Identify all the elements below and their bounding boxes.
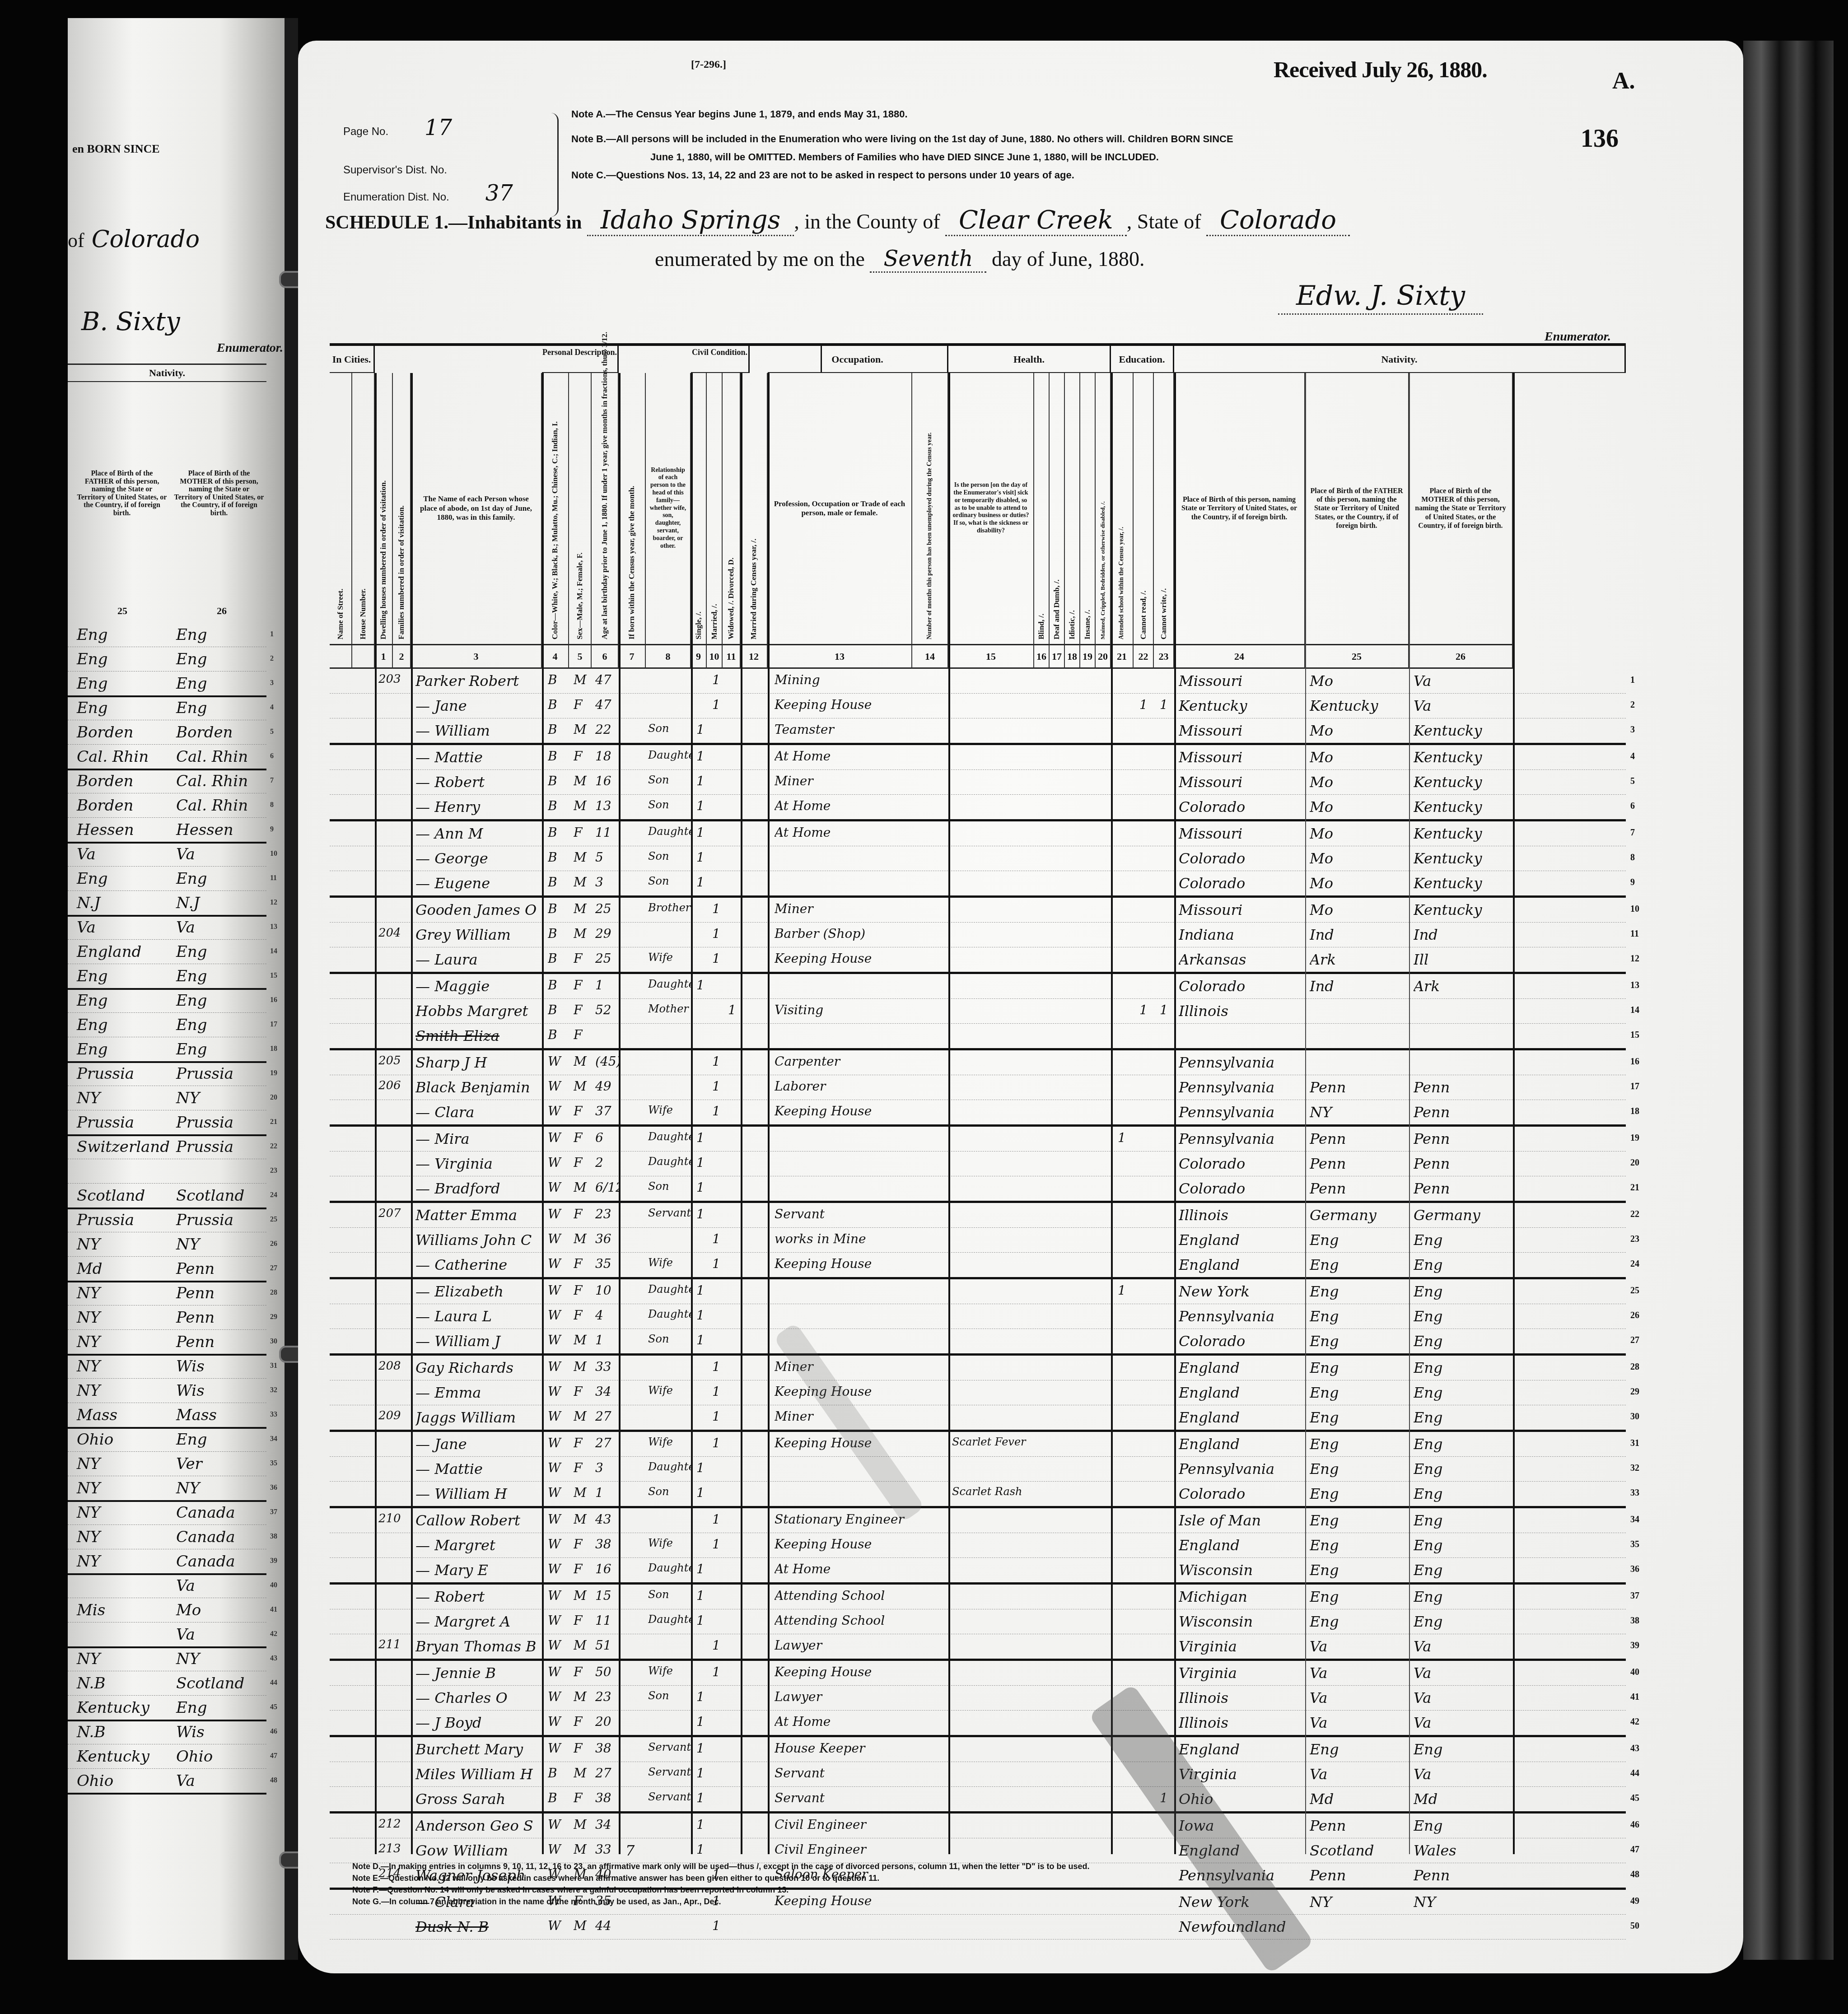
dwelling-number: 206 <box>378 1079 410 1092</box>
relationship: Son <box>648 1689 691 1702</box>
father-birthplace: Penn <box>1310 1079 1409 1096</box>
father-birthplace: NY <box>77 1382 100 1400</box>
mother-birthplace: Ill <box>1414 951 1513 968</box>
father-birthplace: England <box>77 943 141 961</box>
dwelling-number: 213 <box>378 1842 410 1855</box>
left-row: NYPenn30 <box>68 1330 266 1356</box>
father-birthplace: Ind <box>1310 978 1409 995</box>
header-relationship: Relationship of each person to the head … <box>646 373 691 644</box>
relationship: Son <box>648 1180 691 1193</box>
mother-birthplace: Cal. Rhin <box>176 772 248 790</box>
person-name: Smith Eliza <box>415 1027 542 1044</box>
left-row: MisMo41 <box>68 1599 266 1622</box>
sex-code: F <box>574 1283 592 1298</box>
color-code: W <box>548 1155 570 1170</box>
row-number: 32 <box>1630 1463 1639 1473</box>
father-birthplace: NY <box>1310 1104 1409 1121</box>
header-birthplace: Place of Birth of this person, naming St… <box>1174 373 1305 644</box>
row-number: 36 <box>1630 1564 1639 1575</box>
mother-birthplace: Kentucky <box>1414 825 1513 842</box>
age-value: 10 <box>595 1283 619 1298</box>
relationship: Daughter <box>648 1613 691 1626</box>
enumerated-line: enumerated by me on the Seventh day of J… <box>655 246 1144 273</box>
column-number: 7 <box>619 644 646 669</box>
left-row: NYCanada38 <box>68 1525 266 1549</box>
married-mark: 1 <box>712 1256 723 1271</box>
married-mark: 1 <box>712 926 723 941</box>
age-value: 1 <box>595 1485 619 1500</box>
table-row: 208Gay RichardsWM331MinerEnglandEngEng28 <box>330 1356 1626 1380</box>
person-name: Burchett Mary <box>415 1741 542 1758</box>
color-code: B <box>548 749 570 764</box>
sex-code: M <box>574 722 592 737</box>
row-number: 10 <box>1630 904 1639 914</box>
row-number: 6 <box>270 752 274 760</box>
left-col26-header: Place of Birth of the MOTHER of this per… <box>174 470 264 517</box>
age-value: 34 <box>595 1384 619 1399</box>
age-value: 33 <box>595 1359 619 1374</box>
left-row: EngEng2 <box>68 648 266 671</box>
left-row: Va40 <box>68 1574 266 1598</box>
mother-birthplace: Va <box>176 845 195 863</box>
mother-birthplace: Va <box>176 1626 195 1644</box>
row-number: 7 <box>1630 828 1635 838</box>
header-color: Color—White, W.; Black, B.; Mulatto, Mu.… <box>542 373 569 644</box>
row-number: 8 <box>270 801 274 809</box>
age-value: 3 <box>595 875 619 890</box>
father-birthplace: NY <box>77 1333 100 1351</box>
row-number: 21 <box>1630 1183 1639 1193</box>
color-code: B <box>548 722 570 737</box>
birthplace: England <box>1179 1436 1305 1453</box>
sex-code: F <box>574 1460 592 1475</box>
mother-birthplace: Eng <box>176 870 207 888</box>
sex-code: M <box>574 1079 592 1094</box>
row-number: 26 <box>270 1240 277 1248</box>
left-row: BordenCal. Rhin7 <box>68 769 266 793</box>
sex-code: M <box>574 901 592 916</box>
column-number: 17 <box>1050 644 1065 669</box>
row-number: 26 <box>1630 1310 1639 1321</box>
mother-birthplace: Penn <box>1414 1079 1513 1096</box>
occupation: Stationary Engineer <box>775 1512 910 1527</box>
person-name: — Margret A <box>415 1613 542 1630</box>
census-rows: 203Parker RobertBM471MiningMissouriMoVa1… <box>330 669 1626 1939</box>
mother-birthplace: Kentucky <box>1414 722 1513 739</box>
dwelling-number: 207 <box>378 1207 410 1220</box>
father-birthplace: Mass <box>77 1406 117 1424</box>
mother-birthplace: Eng <box>1414 1384 1513 1401</box>
father-birthplace: Eng <box>1310 1231 1409 1249</box>
mother-birthplace: Ind <box>1414 926 1513 943</box>
single-mark: 1 <box>696 1817 708 1832</box>
color-code: W <box>548 1741 570 1756</box>
header-insane: Insane, /. <box>1080 373 1096 644</box>
table-row: — EmmaWF34Wife1Keeping HouseEnglandEngEn… <box>330 1380 1626 1405</box>
table-row: Williams John CWM361works in MineEngland… <box>330 1228 1626 1253</box>
age-value: 44 <box>595 1918 619 1933</box>
color-code: W <box>548 1333 570 1347</box>
color-code: W <box>548 1256 570 1271</box>
sex-code: F <box>574 1155 592 1170</box>
left-row: EnglandEng14 <box>68 940 266 964</box>
row-number: 30 <box>270 1338 277 1346</box>
relationship: Son <box>648 774 691 786</box>
birthplace: England <box>1179 1359 1305 1376</box>
header-school: Attended school within the Census year, … <box>1111 373 1134 644</box>
color-code: W <box>548 1054 570 1069</box>
row-number: 42 <box>270 1630 277 1638</box>
sex-code: F <box>574 825 592 840</box>
relationship: Daughter <box>648 749 691 761</box>
sickness: Scarlet Rash <box>952 1485 1033 1498</box>
age-value: 47 <box>595 697 619 712</box>
row-number: 19 <box>1630 1133 1639 1143</box>
married-mark: 1 <box>712 1384 723 1399</box>
mother-birthplace: Eng <box>176 1431 207 1449</box>
occupation: Keeping House <box>775 1104 910 1119</box>
mother-birthplace: Mass <box>176 1406 217 1424</box>
enumeration-dist-value: 37 <box>485 181 513 206</box>
enumeration-dist-field: Enumeration Dist. No.37 <box>343 181 513 206</box>
left-row: NYNY43 <box>68 1647 266 1671</box>
left-row: VaVa13 <box>68 916 266 940</box>
mother-birthplace: Penn <box>1414 1867 1513 1884</box>
row-number: 29 <box>1630 1387 1639 1397</box>
father-birthplace: Eng <box>1310 1588 1409 1605</box>
sex-code: M <box>574 1485 592 1500</box>
mother-birthplace: NY <box>176 1089 200 1107</box>
occupation: Mining <box>775 672 910 687</box>
mother-birthplace: Va <box>1414 672 1513 690</box>
father-birthplace: Hessen <box>77 821 134 839</box>
age-value: 37 <box>595 1104 619 1119</box>
mother-birthplace: Scotland <box>176 1187 244 1205</box>
mother-birthplace: Va <box>1414 697 1513 714</box>
table-row: — Laura LWF4Daughter1PennsylvaniaEngEng2… <box>330 1304 1626 1329</box>
row-number: 28 <box>1630 1362 1639 1372</box>
mother-birthplace: Eng <box>176 943 207 961</box>
left-row: NYCanada39 <box>68 1550 266 1575</box>
mother-birthplace: NY <box>176 1235 200 1254</box>
birthplace: Illinois <box>1179 1207 1305 1224</box>
single-mark: 1 <box>696 1588 708 1603</box>
person-name: Anderson Geo S <box>415 1817 542 1834</box>
column-number: 11 <box>723 644 741 669</box>
sex-code: F <box>574 749 592 764</box>
occupation: Keeping House <box>775 697 910 712</box>
age-value: 13 <box>595 798 619 813</box>
father-birthplace: Eng <box>77 1016 107 1034</box>
father-birthplace: NY <box>77 1479 100 1497</box>
dwelling-number: 204 <box>378 926 410 940</box>
row-number: 16 <box>1630 1057 1639 1067</box>
sickness: Scarlet Fever <box>952 1436 1033 1448</box>
person-name: Gow William <box>415 1842 542 1859</box>
row-number: 1 <box>270 630 274 639</box>
person-name: — Catherine <box>415 1256 542 1273</box>
married-mark: 1 <box>712 1079 723 1094</box>
birthplace: Illinois <box>1179 1689 1305 1706</box>
age-value: 49 <box>595 1079 619 1094</box>
single-mark: 1 <box>696 1155 708 1170</box>
group-in-cities: In Cities. <box>330 346 375 373</box>
mother-birthplace: Eng <box>1414 1359 1513 1376</box>
single-mark: 1 <box>696 1689 708 1704</box>
column-number: 6 <box>592 644 619 669</box>
occupation: At Home <box>775 825 910 840</box>
mother-birthplace: Va <box>1414 1664 1513 1682</box>
table-row: Miles William HBM27Servant1ServantVirgin… <box>330 1762 1626 1787</box>
father-birthplace: Va <box>1310 1638 1409 1655</box>
sex-code: M <box>574 926 592 941</box>
row-number: 50 <box>1630 1921 1639 1931</box>
relationship: Daughter <box>648 1283 691 1296</box>
page-stamp-number: 136 <box>1581 124 1619 153</box>
note-a: Note A.—The Census Year begins June 1, 1… <box>571 108 908 120</box>
father-birthplace: Eng <box>77 992 107 1010</box>
person-name: Black Benjamin <box>415 1079 542 1096</box>
mother-birthplace: Eng <box>1414 1283 1513 1300</box>
row-number: 39 <box>1630 1641 1639 1651</box>
left-row: HessenHessen9 <box>68 818 266 844</box>
table-row: — RobertBM16Son1MinerMissouriMoKentucky5 <box>330 770 1626 795</box>
mother-birthplace: Eng <box>1414 1588 1513 1605</box>
occupation: At Home <box>775 798 910 813</box>
person-name: Bryan Thomas B <box>415 1638 542 1655</box>
birthplace: Colorado <box>1179 1333 1305 1350</box>
row-number: 5 <box>1630 776 1635 787</box>
table-row: — MiraWF6Daughter11PennsylvaniaPennPenn1… <box>330 1127 1626 1152</box>
table-row: — LauraBF25Wife1Keeping HouseArkansasArk… <box>330 947 1626 974</box>
father-birthplace: NY <box>77 1089 100 1107</box>
header-street: Name of Street. <box>330 373 352 644</box>
left-row: NYWis31 <box>68 1355 266 1379</box>
mother-birthplace: Eng <box>1414 1512 1513 1529</box>
color-code: B <box>548 798 570 813</box>
row-number: 3 <box>1630 725 1635 735</box>
table-row: — Margret AWF11Daughter1Attending School… <box>330 1609 1626 1634</box>
left-row: EngEng4 <box>68 696 266 720</box>
age-value: 16 <box>595 774 619 788</box>
row-number: 22 <box>270 1142 277 1151</box>
schedule-line: SCHEDULE 1.—Inhabitants in Idaho Springs… <box>325 205 1350 236</box>
father-birthplace: Eng <box>1310 1384 1409 1401</box>
relationship: Son <box>648 1333 691 1345</box>
father-birthplace: Mo <box>1310 875 1409 892</box>
person-name: Williams John C <box>415 1231 542 1249</box>
father-birthplace: Scotland <box>1310 1842 1409 1859</box>
person-name: — Eugene <box>415 875 542 892</box>
father-birthplace: Ohio <box>77 1772 113 1790</box>
column-number: 14 <box>912 644 948 669</box>
table-row: Hobbs MargretBF52Mother in Law1Visiting1… <box>330 999 1626 1024</box>
relationship: Daughter <box>648 978 691 990</box>
father-birthplace: Switzerland <box>77 1138 170 1156</box>
relationship: Son <box>648 1588 691 1601</box>
father-birthplace: Penn <box>1310 1130 1409 1147</box>
header-family: Families numbered in order of visitation… <box>393 373 411 644</box>
single-mark: 1 <box>696 1714 708 1729</box>
column-number: 9 <box>691 644 707 669</box>
row-number: 9 <box>1630 877 1635 888</box>
father-birthplace: NY <box>77 1455 100 1473</box>
sex-code: M <box>574 1918 592 1933</box>
birthplace: England <box>1179 1537 1305 1554</box>
age-value: 50 <box>595 1664 619 1679</box>
cannot-read-mark: 1 <box>1139 1002 1153 1017</box>
person-name: — Ann M <box>415 825 542 842</box>
table-row: — ElizabethWF10Daughter11New YorkEngEng2… <box>330 1279 1626 1304</box>
left-row: EngEng18 <box>68 1038 266 1063</box>
single-mark: 1 <box>696 978 708 993</box>
father-birthplace: Eng <box>1310 1256 1409 1273</box>
binder-gutter <box>285 18 298 1960</box>
age-value: 52 <box>595 1002 619 1017</box>
occupation: Civil Engineer <box>775 1842 910 1857</box>
father-birthplace: Mo <box>1310 672 1409 690</box>
color-code: W <box>548 1180 570 1195</box>
table-row: — EugeneBM3Son1ColoradoMoKentucky9 <box>330 871 1626 898</box>
person-name: — Mira <box>415 1130 542 1147</box>
father-birthplace: Eng <box>77 1040 107 1058</box>
occupation: Attending School <box>775 1588 910 1603</box>
occupation: Servant <box>775 1207 910 1221</box>
mother-birthplace: Va <box>176 1772 195 1790</box>
father-birthplace: Germany <box>1310 1207 1409 1224</box>
table-row: 209Jaggs WilliamWM271MinerEnglandEngEng3… <box>330 1405 1626 1432</box>
left-row: EngEng16 <box>68 989 266 1013</box>
person-name: — Robert <box>415 1588 542 1605</box>
table-row: — MattieBF18Daughter1At HomeMissouriMoKe… <box>330 745 1626 770</box>
row-number: 8 <box>1630 853 1635 863</box>
sex-code: M <box>574 1054 592 1069</box>
relationship: Daughter <box>648 1155 691 1168</box>
relationship: Brother <box>648 901 691 914</box>
row-number: 15 <box>1630 1030 1639 1040</box>
left-row: BordenCal. Rhin8 <box>68 794 266 818</box>
single-mark: 1 <box>696 749 708 764</box>
relationship: Wife <box>648 1384 691 1397</box>
dwelling-number: 209 <box>378 1409 410 1422</box>
row-number: 3 <box>270 679 274 687</box>
father-birthplace: Va <box>1310 1714 1409 1731</box>
row-number: 45 <box>1630 1793 1639 1804</box>
header-dwelling: Dwelling houses numbered in order of vis… <box>375 373 393 644</box>
sex-code: F <box>574 1562 592 1576</box>
father-birthplace: Mo <box>1310 825 1409 842</box>
mother-birthplace: NY <box>176 1650 200 1668</box>
group-education: Education. <box>1111 346 1174 373</box>
table-row: — GeorgeBM5Son1ColoradoMoKentucky8 <box>330 846 1626 871</box>
row-number: 44 <box>1630 1768 1639 1779</box>
mother-birthplace: Prussia <box>176 1138 233 1156</box>
table-row: Gooden James OBM25Brother1MinerMissouriM… <box>330 898 1626 923</box>
day-value: Seventh <box>870 246 986 273</box>
age-value: 1 <box>595 1333 619 1347</box>
relationship: Son <box>648 850 691 862</box>
row-number: 2 <box>1630 700 1635 710</box>
group-health: Health. <box>948 346 1111 373</box>
cannot-read-mark: 1 <box>1139 697 1153 712</box>
color-code: B <box>548 875 570 890</box>
header-unemployed: Number of months this person has been un… <box>912 373 948 644</box>
person-name: — Jennie B <box>415 1664 542 1682</box>
mother-birthplace: Kentucky <box>1414 798 1513 816</box>
column-number: 15 <box>948 644 1034 669</box>
occupation: Keeping House <box>775 1256 910 1271</box>
father-birthplace: Kentucky <box>1310 697 1409 714</box>
left-state-value: Colorado <box>92 226 200 253</box>
header-married-census-year: Married during Census year, /. <box>741 373 768 644</box>
place-value: Idaho Springs <box>587 205 794 236</box>
father-birthplace: N.B <box>77 1723 105 1741</box>
column-number: 20 <box>1096 644 1111 669</box>
mother-birthplace: Eng <box>1414 1231 1513 1249</box>
left-row: Cal. RhinCal. Rhin6 <box>68 745 266 770</box>
father-birthplace: Eng <box>1310 1333 1409 1350</box>
person-name: — William H <box>415 1485 542 1502</box>
row-number: 35 <box>270 1459 277 1468</box>
county-value: Clear Creek <box>945 205 1127 236</box>
color-code: W <box>548 1308 570 1323</box>
row-number: 39 <box>270 1557 277 1565</box>
left-row: 23 <box>68 1160 266 1184</box>
table-row: — JaneWF27Wife1Keeping HouseScarlet Feve… <box>330 1432 1626 1457</box>
age-value: 20 <box>595 1714 619 1729</box>
row-number: 46 <box>270 1728 277 1736</box>
father-birthplace: Eng <box>1310 1409 1409 1426</box>
table-row: — JaneBF471Keeping House11KentuckyKentuc… <box>330 694 1626 718</box>
row-number: 6 <box>1630 801 1635 811</box>
father-birthplace: Penn <box>1310 1817 1409 1834</box>
birthplace: Illinois <box>1179 1002 1305 1020</box>
person-name: Jaggs William <box>415 1409 542 1426</box>
mother-birthplace: Cal. Rhin <box>176 797 248 815</box>
table-row: 204Grey WilliamBM291Barber (Shop)Indiana… <box>330 923 1626 947</box>
color-code: B <box>548 825 570 840</box>
color-code: B <box>548 1027 570 1042</box>
row-number: 14 <box>270 947 277 956</box>
left-row: PrussiaPrussia25 <box>68 1208 266 1232</box>
person-name: — Margret <box>415 1537 542 1554</box>
left-row: OhioVa48 <box>68 1769 266 1795</box>
left-row: PrussiaPrussia21 <box>68 1111 266 1136</box>
father-birthplace: NY <box>77 1357 100 1375</box>
age-value: 34 <box>595 1817 619 1832</box>
birthplace: Kentucky <box>1179 697 1305 714</box>
mother-birthplace: Kentucky <box>1414 749 1513 766</box>
mother-birthplace: NY <box>1414 1893 1513 1911</box>
table-row: — William JWM1Son1ColoradoEngEng27 <box>330 1329 1626 1356</box>
father-birthplace: NY <box>77 1309 100 1327</box>
father-birthplace: Cal. Rhin <box>77 748 149 766</box>
occupation: works in Mine <box>775 1231 910 1246</box>
mother-birthplace: Ark <box>1414 978 1513 995</box>
mother-birthplace: Canada <box>176 1504 235 1522</box>
row-number: 41 <box>1630 1692 1639 1702</box>
mother-birthplace: Kentucky <box>1414 875 1513 892</box>
column-number <box>330 644 352 669</box>
age-value: 43 <box>595 1512 619 1527</box>
occupation: Lawyer <box>775 1689 910 1704</box>
mother-birthplace: Eng <box>176 699 207 717</box>
relationship: Wife <box>648 1537 691 1549</box>
widowed-mark: 1 <box>728 1002 739 1017</box>
birthplace: Colorado <box>1179 850 1305 867</box>
mother-birthplace: Canada <box>176 1528 235 1546</box>
occupation: Keeping House <box>775 1537 910 1552</box>
